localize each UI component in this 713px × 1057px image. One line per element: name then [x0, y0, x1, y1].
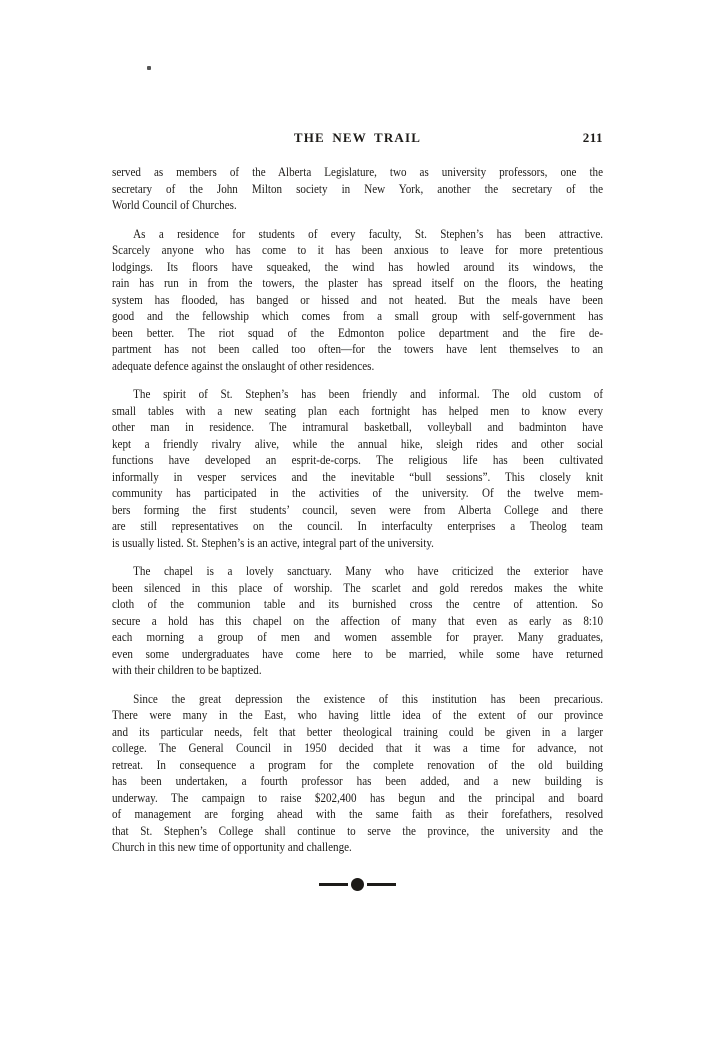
- text-line: college. The General Council in 1950 dec…: [112, 740, 603, 757]
- page-number: 211: [583, 130, 603, 146]
- text-line: been better. The riot squad of the Edmon…: [112, 325, 603, 342]
- divider-bullet-icon: [351, 878, 364, 891]
- text-line: rain has run in from the towers, the pla…: [112, 275, 603, 292]
- text-line: good and the fellowship which comes from…: [112, 308, 603, 325]
- text-line: As a residence for students of every fac…: [112, 226, 603, 243]
- paragraph: As a residence for students of every fac…: [112, 226, 603, 375]
- text-line: The chapel is a lovely sanctuary. Many w…: [112, 563, 603, 580]
- divider-rule-right: [367, 883, 396, 886]
- text-line: Since the great depression the existence…: [112, 691, 603, 708]
- text-line: bers forming the first students’ council…: [112, 502, 603, 519]
- text-line: that St. Stephen’s College shall continu…: [112, 823, 603, 840]
- text-line: cloth of the communion table and its bur…: [112, 596, 603, 613]
- text-line: functions have developed an esprit-de-co…: [112, 452, 603, 469]
- text-line: with their children to be baptized.: [112, 662, 603, 679]
- divider-rule-left: [319, 883, 348, 886]
- text-line: even some undergraduates have come here …: [112, 646, 603, 663]
- section-divider: [112, 878, 603, 891]
- text-line: small tables with a new seating plan eac…: [112, 403, 603, 420]
- text-line: been silenced in this place of worship. …: [112, 580, 603, 597]
- scan-artifact-dot: [147, 66, 151, 70]
- text-line: secretary of the John Milton society in …: [112, 181, 603, 198]
- text-line: community has participated in the activi…: [112, 485, 603, 502]
- paragraph: Since the great depression the existence…: [112, 691, 603, 856]
- text-line: other man in residence. The intramural b…: [112, 419, 603, 436]
- text-line: system has flooded, has banged or hissed…: [112, 292, 603, 309]
- page-header: THE NEW TRAIL 211: [112, 130, 603, 146]
- text-line: each morning a group of men and women as…: [112, 629, 603, 646]
- text-line: partment has not been called too often—f…: [112, 341, 603, 358]
- text-line: served as members of the Alberta Legisla…: [112, 164, 603, 181]
- text-line: There were many in the East, who having …: [112, 707, 603, 724]
- book-page: THE NEW TRAIL 211 served as members of t…: [0, 0, 713, 1057]
- text-line: of management are forging ahead with the…: [112, 806, 603, 823]
- text-line: is usually listed. St. Stephen’s is an a…: [112, 535, 603, 552]
- text-line: secure a hold has this chapel on the aff…: [112, 613, 603, 630]
- text-line: World Council of Churches.: [112, 197, 603, 214]
- text-line: adequate defence against the onslaught o…: [112, 358, 603, 375]
- text-line: kept a friendly rivalry alive, while the…: [112, 436, 603, 453]
- text-line: and its particular needs, felt that bett…: [112, 724, 603, 741]
- text-line: lodgings. Its floors have squeaked, the …: [112, 259, 603, 276]
- text-column: served as members of the Alberta Legisla…: [112, 164, 603, 856]
- text-line: Scarcely anyone who has come to it has b…: [112, 242, 603, 259]
- paragraph: The spirit of St. Stephen’s has been fri…: [112, 386, 603, 551]
- text-line: retreat. In consequence a program for th…: [112, 757, 603, 774]
- paragraph: served as members of the Alberta Legisla…: [112, 164, 603, 214]
- paragraph: The chapel is a lovely sanctuary. Many w…: [112, 563, 603, 679]
- text-line: Church in this new time of opportunity a…: [112, 839, 603, 856]
- text-line: informally in vesper services and the in…: [112, 469, 603, 486]
- running-title: THE NEW TRAIL: [112, 130, 603, 146]
- text-line: has been undertaken, a fourth professor …: [112, 773, 603, 790]
- text-line: are still representatives on the council…: [112, 518, 603, 535]
- text-line: underway. The campaign to raise $202,400…: [112, 790, 603, 807]
- text-line: The spirit of St. Stephen’s has been fri…: [112, 386, 603, 403]
